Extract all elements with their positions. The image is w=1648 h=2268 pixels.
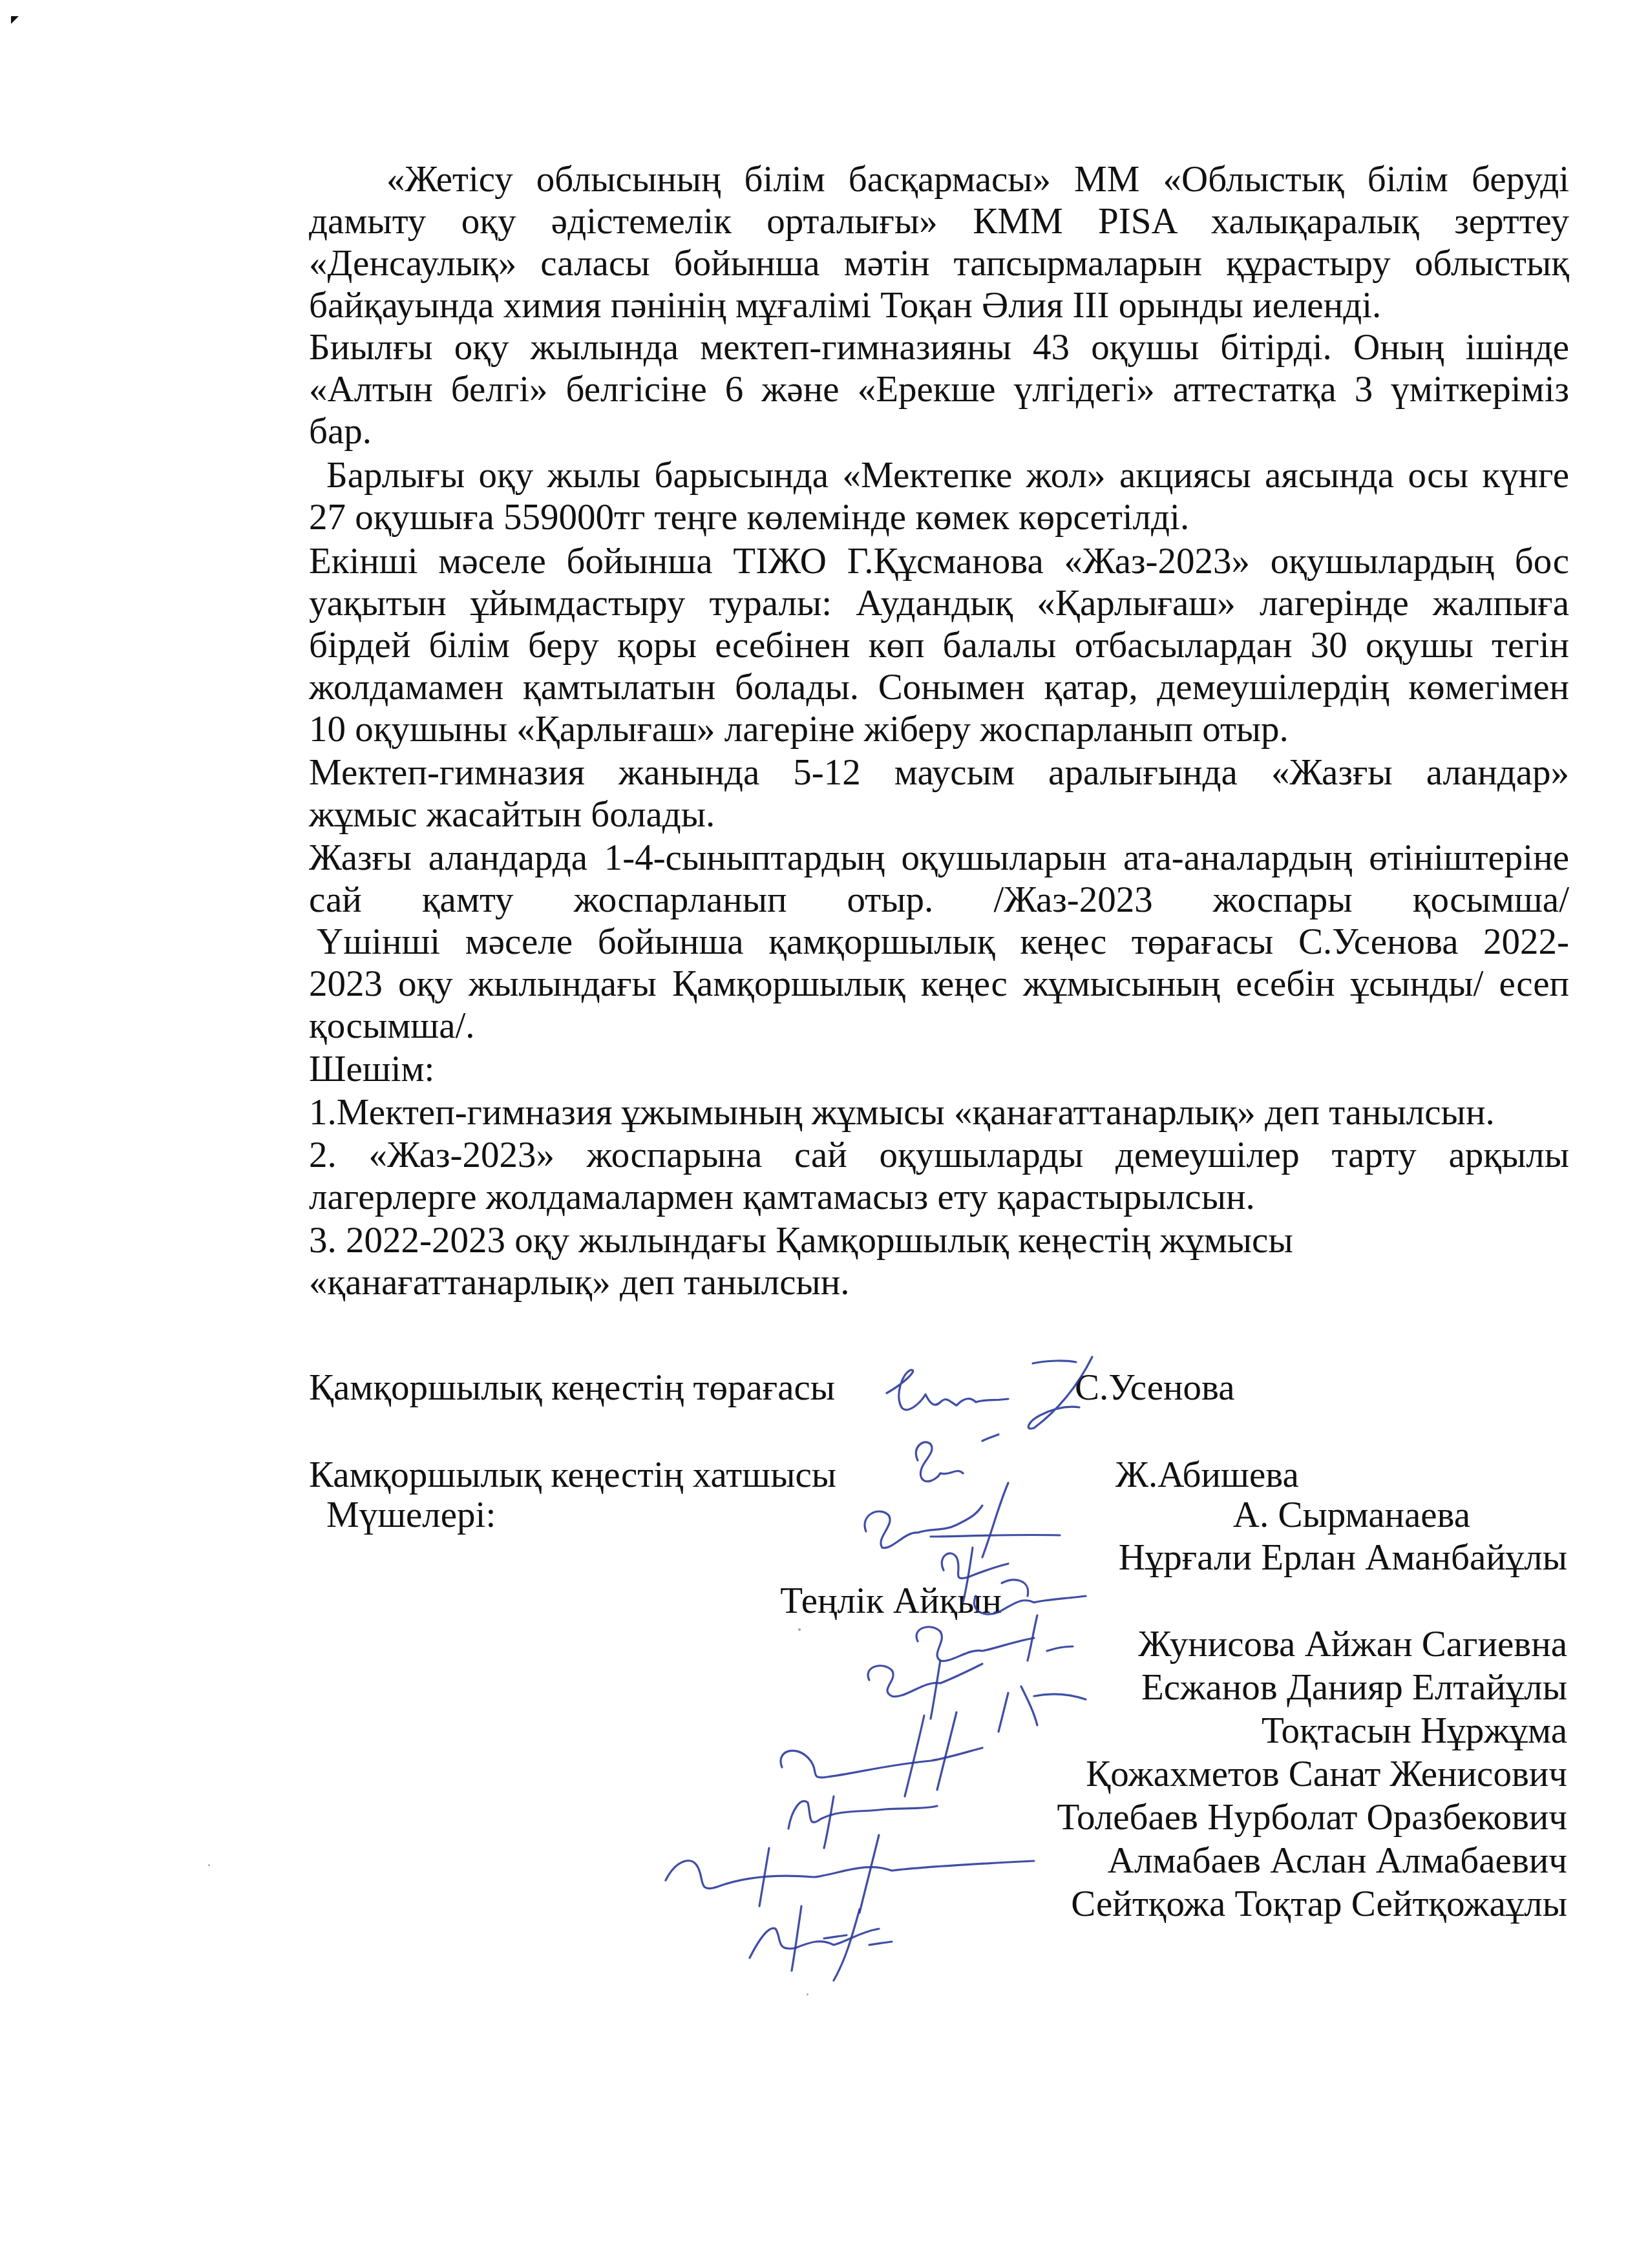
text-line: 27 оқушыға 559000тг теңге көлемінде көме…: [309, 496, 1569, 538]
text-line: қосымша/.: [309, 1005, 1569, 1047]
signature-secretary-icon: [916, 1434, 998, 1482]
text-line: уақытын ұйымдастыру туралы: Аудандық «Қа…: [309, 582, 1569, 624]
scan-corner-mark: [11, 16, 19, 24]
text-line: жұмыс жасайтын болады.: [309, 793, 1569, 835]
member-name: А. Сырманаева: [1233, 1494, 1470, 1536]
members-label: Мүшелері:: [326, 1494, 496, 1536]
text-line: байқауында химия пәнінің мұғалімі Тоқан …: [309, 284, 1569, 326]
member-name: Жунисова Айжан Сагиевна: [1138, 1623, 1567, 1665]
text-line: Биылғы оқу жылында мектеп-гимназияны 43 …: [309, 326, 1569, 368]
scan-speck: [798, 1628, 801, 1631]
member-name: Тоқтасын Нұржұма: [1262, 1710, 1567, 1752]
decision-item-2-cont: лагерлерге жолдамалармен қамтамасыз ету …: [309, 1176, 1569, 1218]
member-name: Сейтқожа Тоқтар Сейтқожаұлы: [1071, 1883, 1567, 1925]
text-line: «Денсаулық» саласы бойынша мәтін тапсырм…: [309, 242, 1569, 284]
text-line: Екінші мәселе бойынша ТІЖО Г.Құсманова «…: [309, 540, 1569, 582]
signature-chair-icon: [887, 1357, 1092, 1429]
text-line: Жазғы аландарда 1-4-сыныптардың оқушылар…: [309, 837, 1569, 879]
text-line: Барлығы оқу жылы барысында «Мектепке жол…: [326, 454, 1569, 496]
member-name: Нұрғали Ерлан Аманбайұлы: [1119, 1537, 1567, 1579]
text-line: сай қамту жоспарланып отыр. /Жаз-2023 жо…: [309, 879, 1569, 921]
secretary-title: Камқоршылық кеңестің хатшысы: [309, 1454, 836, 1496]
text-line: жолдамамен қамтылатын болады. Сонымен қа…: [309, 666, 1569, 708]
chair-name: С.Усенова: [1075, 1367, 1235, 1409]
member-name: Теңлік Айқын: [780, 1580, 1002, 1622]
signature-members-icon: [666, 1483, 1086, 1980]
decision-item-3-cont: «қанағаттанарлық» деп танылсын.: [309, 1261, 1569, 1303]
text-line: 2023 оқу жылындағы Қамқоршылық кеңес жұм…: [309, 963, 1569, 1005]
text-line: бар.: [309, 410, 1569, 452]
member-name: Толебаев Нурболат Оразбекович: [1057, 1796, 1567, 1838]
secretary-name: Ж.Абишева: [1115, 1454, 1299, 1496]
text-line: бірдей білім беру қоры есебінен көп бала…: [309, 624, 1569, 666]
member-name: Қожахметов Санат Женисович: [1086, 1753, 1567, 1795]
member-name: Есжанов Данияр Елтайұлы: [1141, 1666, 1567, 1708]
text-line: «Жетісу облысының білім басқармасы» ММ «…: [386, 158, 1569, 200]
scan-speck: [208, 1864, 210, 1866]
decision-item-3: 3. 2022-2023 оқу жылындағы Қамқоршылық к…: [309, 1219, 1569, 1261]
member-name: Алмабаев Аслан Алмабаевич: [1108, 1840, 1567, 1882]
decision-heading: Шешім:: [309, 1048, 1569, 1090]
decision-item-2: 2. «Жаз-2023» жоспарына сай оқушыларды д…: [309, 1134, 1569, 1176]
decision-item-1: 1.Мектеп-гимназия ұжымының жұмысы «қанағ…: [309, 1091, 1569, 1133]
text-line: «Алтын белгі» белгісіне 6 және «Ерекше ү…: [309, 368, 1569, 410]
chair-title: Қамқоршылық кеңестің төрағасы: [309, 1367, 835, 1409]
scan-speck: [807, 1993, 808, 1995]
text-line: Үшінші мәселе бойынша қамқоршылық кеңес …: [317, 921, 1569, 963]
text-line: 10 оқушыны «Қарлығаш» лагеріне жіберу жо…: [309, 708, 1569, 750]
text-line: Мектеп-гимназия жанында 5-12 маусым арал…: [309, 751, 1569, 793]
text-line: дамыту оқу әдістемелік орталығы» КММ PIS…: [309, 200, 1569, 242]
